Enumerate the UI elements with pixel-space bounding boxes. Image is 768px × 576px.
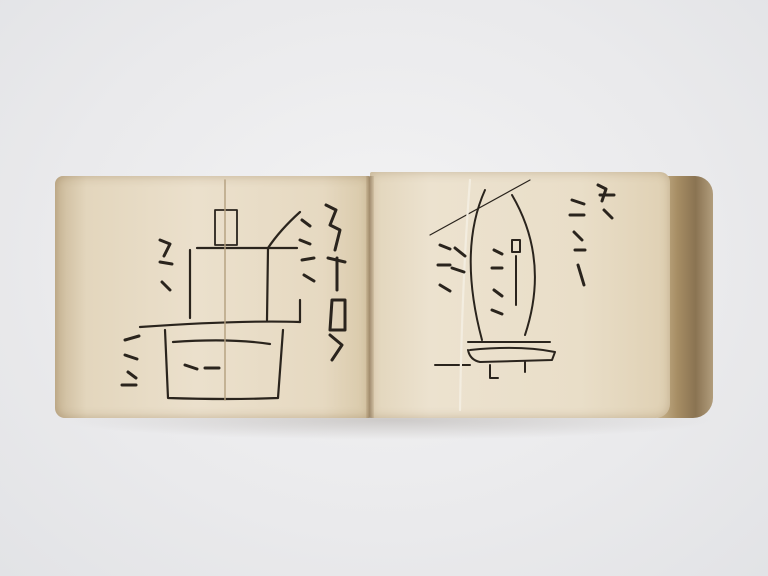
left-page-text-strokes [122, 205, 345, 385]
ink-drawings [0, 0, 768, 576]
open-notebook [0, 0, 768, 576]
right-page-diagram [430, 180, 555, 410]
